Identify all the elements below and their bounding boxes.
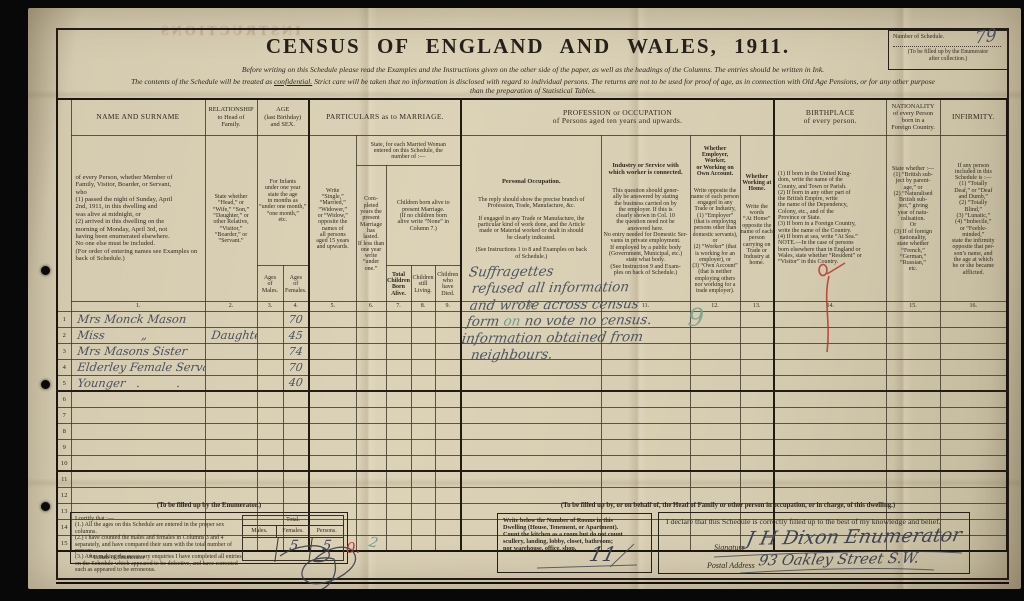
column-number: 15. [886,301,940,311]
column-number: 5. [309,301,356,311]
children-born-cell [386,487,411,503]
industry-cell [601,391,690,407]
relationship-cell [204,455,258,471]
infirmity-cell [940,375,1007,391]
nationality-cell [886,423,940,439]
home-cell [740,439,774,455]
relationship-cell [204,359,258,375]
totals-females-value: 5 [275,538,312,562]
name-cell [70,391,206,407]
nationality-cell [886,359,940,375]
relationship-cell: Daughter [204,327,258,343]
employer-cell [690,439,740,455]
home-cell [740,407,774,423]
relationship-cell [204,407,258,423]
totals-table: Total. Males. Females. Persons. 5 5 [242,515,344,561]
row-number-cell: 11 [57,471,71,487]
birthplace-cell [774,439,886,455]
infirmity-cell [940,343,1007,359]
relationship-cell [204,311,258,327]
home-cell [740,359,774,375]
infirmity-cell [940,391,1007,407]
marriage-cell [309,407,356,423]
table-row: 9 [57,439,1007,455]
children-living-cell [411,487,435,503]
row-number-cell: 2 [57,327,71,343]
birthplace-cell [774,375,886,391]
row-number-cell: 4 [57,359,71,375]
row-number-cell: 13 [57,503,71,519]
children-born-cell [386,471,411,487]
employer-cell [690,343,740,359]
children-died-cell [435,327,461,343]
occupation-cell [461,455,601,471]
nationality-cell [886,375,940,391]
col-relationship-title: RELATIONSHIP to Head of Family. [205,99,257,135]
totals-persons-value: 5 [309,538,345,562]
employer-cell [690,407,740,423]
table-row: 11 [57,471,1007,487]
occupation-cell [461,471,601,487]
years-married-cell [356,311,386,327]
birthplace-cell [774,327,886,343]
col-name-title: NAME AND SURNAME [71,99,205,135]
rooms-instructions: Write below the Number of Rooms in this … [498,514,651,555]
age-females-cell [282,455,310,471]
relationship-cell [204,423,258,439]
totals-heading: Total. [243,516,343,526]
employer-cell [690,423,740,439]
birthplace-cell [774,311,886,327]
row-number-cell: 7 [57,407,71,423]
personal-occupation-title: Personal Occupation. [462,178,601,185]
col-years-married: Com- pleted years the present Marriage h… [356,165,386,301]
home-cell [740,391,774,407]
children-died-cell [435,343,461,359]
relationship-cell [204,375,258,391]
col-birthplace-title: BIRTHPLACE of every person. [774,99,886,135]
row-number-cell: 9 [57,439,71,455]
marriage-cell [309,391,356,407]
children-born-cell [386,455,411,471]
age-females-cell: 40 [282,375,310,391]
children-living-cell [411,471,435,487]
col-children-born: Total Children Born Alive. [386,265,411,301]
children-born-cell [386,519,411,535]
signature-value: J H Dixon Enumerator [744,524,963,550]
children-living-cell [411,407,435,423]
row-number-cell: 15 [57,535,71,551]
home-cell [740,327,774,343]
age-males-cell [256,327,284,343]
children-died-cell [435,519,461,535]
column-number: 16. [940,301,1007,311]
years-married-cell [356,359,386,375]
table-row: 8 [57,423,1007,439]
employer-cell [690,455,740,471]
industry-cell [601,375,690,391]
age-females-cell [282,471,310,487]
col-infirmity-desc: If any person included in this Schedule … [940,135,1007,301]
birthplace-cell [774,343,886,359]
schedule-number-note: (To be filled up by the Enumerator after… [893,49,1003,62]
punch-hole [41,266,50,275]
declaration-box: I declare that this Schedule is correctl… [658,512,970,574]
years-married-cell [356,439,386,455]
personal-occupation-desc: The reply should show the precise branch… [462,195,601,260]
marriage-cell [309,359,356,375]
occupation-cell [461,423,601,439]
relationship-cell [204,439,258,455]
age-males-cell [256,359,284,375]
working-at-home-title: Whether Working at Home. [741,172,774,193]
age-males-cell [256,343,284,359]
row-number-column-head [57,99,71,311]
years-married-cell [356,487,386,503]
occupation-cell [461,439,601,455]
totals-persons-label: Persons. [310,526,343,537]
home-cell [740,311,774,327]
home-cell [740,471,774,487]
age-females-cell [282,439,310,455]
col-industry: Industry or Service with which worker is… [601,135,690,301]
employer-title: Whether Employer, Worker, or Working on … [691,144,740,177]
instruction-line-3: than the preparation of Statistical Tabl… [98,86,968,95]
col-nationality-desc: State whether :— (1) “British sub- ject … [886,135,940,301]
instruction-line-2: The contents of the Schedule will be tre… [98,77,968,86]
children-born-cell [386,423,411,439]
nationality-cell [886,439,940,455]
confidential-pre: The contents of the Schedule will be tre… [131,77,274,86]
birthplace-cell [774,423,886,439]
column-number: 13. [740,301,774,311]
nationality-cell [886,407,940,423]
industry-cell [601,423,690,439]
age-females-cell: 70 [282,359,310,375]
children-died-cell [435,423,461,439]
age-males-cell [256,423,284,439]
col-age-infants-note: For Infants under one year state the age… [257,135,309,265]
occupation-note-line: and wrote across census [469,296,640,314]
red-total-annotation: 0. [346,539,360,557]
industry-desc: This question should gener- ally be answ… [602,186,690,276]
nationality-cell [886,311,940,327]
col-ages-males: Ages of Males. [257,265,283,301]
employer-desc: Write opposite the name of each person e… [691,186,740,295]
nationality-cell [886,391,940,407]
row-number-cell: 12 [57,487,71,503]
col-infirmity-title: INFIRMITY. [940,99,1007,135]
infirmity-cell [940,327,1007,343]
years-married-cell [356,471,386,487]
children-living-cell [411,327,435,343]
years-married-cell [356,375,386,391]
name-cell: Mrs Masons Sister [70,343,206,359]
infirmity-cell [940,423,1007,439]
col-birthplace-desc: (1) If born in the United King- dom, wri… [774,135,886,301]
children-born-cell [386,311,411,327]
col-nationality-title: NATIONALITY of every Person born in a Fo… [886,99,940,135]
age-females-cell: 74 [282,343,310,359]
children-born-cell [386,359,411,375]
table-row: 5Younger . .40 [57,375,1007,391]
marriage-cell [309,439,356,455]
birthplace-cell [774,407,886,423]
col-employer: Whether Employer, Worker, or Working on … [690,135,740,301]
enumerator-box: I certify that :— (1.) All the ages on t… [70,512,348,564]
name-cell: Younger . . [70,375,206,391]
years-married-cell [356,503,386,519]
children-born-cell [386,391,411,407]
children-born-cell [386,327,411,343]
children-died-cell [435,311,461,327]
name-cell: Elderley Female Servant [70,359,206,375]
table-row: 10 [57,455,1007,471]
infirmity-cell [940,455,1007,471]
enumerator-section-heading: (To be filled up by the Enumerator.) [70,502,348,509]
children-born-cell [386,535,411,551]
age-females-cell: 70 [282,311,310,327]
rooms-box: Write below the Number of Rooms in this … [497,513,652,573]
children-living-cell [411,375,435,391]
col-name-desc: of every Person, whether Member of Famil… [71,135,205,301]
name-cell [70,407,206,423]
row-number-cell: 14 [57,519,71,535]
working-at-home-desc: Write the words “At Home” opposite the n… [741,202,774,267]
age-females-cell [282,391,310,407]
name-cell [70,455,206,471]
name-cell: Miss „ [70,327,206,343]
years-married-cell [356,327,386,343]
industry-cell [601,439,690,455]
children-living-cell [411,503,435,519]
occupation-note-post: no vote no census. [519,312,653,329]
row-number-cell: 1 [57,311,71,327]
children-born-cell [386,439,411,455]
column-number: 7. [386,301,411,311]
birthplace-cell [774,391,886,407]
age-males-cell [256,439,284,455]
infirmity-cell [940,407,1007,423]
birthplace-cell [774,471,886,487]
infirmity-cell [940,471,1007,487]
occupation-cell [461,391,601,407]
nationality-cell [886,343,940,359]
confidential-word: confidential. [274,77,312,86]
form-title: CENSUS OF ENGLAND AND WALES, 1911. [148,34,908,59]
marriage-cell [309,455,356,471]
infirmity-cell [940,311,1007,327]
totals-males-label: Males. [243,526,277,537]
name-cell [70,471,206,487]
marriage-cell [309,423,356,439]
census-form-paper: INSTRUCTIONS CENSUS OF ENGLAND AND WALES… [28,8,1021,589]
employer-cell [690,359,740,375]
column-number: 8. [411,301,435,311]
age-males-cell [256,391,284,407]
home-cell [740,423,774,439]
children-died-cell [435,487,461,503]
column-number: 1. [71,301,205,311]
children-died-cell [435,407,461,423]
col-age-title: AGE (last Birthday) and SEX. [257,99,309,135]
marriage-cell [309,311,356,327]
marriage-cell [309,343,356,359]
column-number: 2. [205,301,257,311]
industry-cell [601,471,690,487]
name-cell: Mrs Monck Mason [70,311,206,327]
head-of-family-section-heading: (To be filled up by, or on behalf of, th… [468,502,988,509]
occupation-note-line: information obtained from [461,329,645,347]
children-died-cell [435,535,461,551]
col-relationship-desc: State whether “Head,” or “Wife,” “Son,” … [205,135,257,301]
years-married-cell [356,519,386,535]
years-married-cell [356,391,386,407]
age-females-cell [282,407,310,423]
nationality-cell [886,471,940,487]
children-living-cell [411,455,435,471]
col-children-died: Children who have Died. [435,265,461,301]
signature-label: Signature [714,543,745,552]
col-children-note: Children born alive to present Marriage.… [386,165,461,265]
marriage-cell [309,375,356,391]
children-born-cell [386,503,411,519]
children-died-cell [435,439,461,455]
occupation-note-line: form on no vote no census. [466,312,653,330]
children-living-cell [411,439,435,455]
age-females-cell [282,423,310,439]
occupation-note-line: refused all information [471,279,631,297]
relationship-cell [204,343,258,359]
col-working-at-home: Whether Working at Home. Write the words… [740,135,774,301]
column-number: 9. [435,301,461,311]
relationship-cell [204,391,258,407]
age-males-cell [256,375,284,391]
postal-address-value: 93 Oakley Street S.W. [757,551,920,570]
table-row: 7 [57,407,1007,423]
occupation-note-pre: form [466,314,505,330]
row-number-cell: 5 [57,375,71,391]
children-died-cell [435,503,461,519]
col-ages-females: Ages of Females. [283,265,309,301]
children-living-cell [411,343,435,359]
punch-hole [41,502,50,511]
green-pencil-mark: 9 [687,302,705,332]
children-died-cell [435,359,461,375]
row-number-cell: 3 [57,343,71,359]
column-number: 14. [774,301,886,311]
children-died-cell [435,471,461,487]
enumerator-certification: I certify that :— (1.) All the ages on t… [75,516,247,574]
years-married-cell [356,455,386,471]
home-cell [740,343,774,359]
nationality-cell [886,455,940,471]
children-living-cell [411,359,435,375]
name-cell [70,423,206,439]
col-profession-title: PROFESSION or OCCUPATION of Persons aged… [461,99,774,135]
occupation-note-line: Suffragettes [468,264,555,281]
occupation-cell [461,375,601,391]
column-number: 3. [257,301,283,311]
column-number: 6. [356,301,386,311]
col-marriage-title: PARTICULARS as to MARRIAGE. [309,99,461,135]
totals-males-value [241,538,278,562]
children-born-cell [386,407,411,423]
table-row: 6 [57,391,1007,407]
rooms-value: 11 [587,542,618,566]
instruction-line-1: Before writing on this Schedule please r… [98,65,968,74]
children-living-cell [411,311,435,327]
years-married-cell [356,407,386,423]
children-living-cell [411,423,435,439]
industry-cell [601,343,690,359]
children-living-cell [411,535,435,551]
infirmity-cell [940,359,1007,375]
marriage-cell [309,327,356,343]
col-children-living: Children still Living. [411,265,435,301]
industry-cell [601,407,690,423]
postal-address-label: Postal Address [707,561,755,570]
years-married-cell [356,343,386,359]
children-died-cell [435,391,461,407]
schedule-number-box: Number of Schedule. (To be filled up by … [888,30,1008,70]
industry-title: Industry or Service with which worker is… [602,162,690,176]
col-marriage-single-desc: Write “Single,” “Married,” “Widower,” or… [309,135,356,301]
children-living-cell [411,391,435,407]
name-cell [70,439,206,455]
age-males-cell [256,471,284,487]
schedule-number-value: 79 [975,25,996,48]
column-number: 4. [283,301,309,311]
home-cell [740,455,774,471]
age-males-cell [256,455,284,471]
age-males-cell [256,407,284,423]
children-living-cell [411,519,435,535]
row-number-cell: 8 [57,423,71,439]
industry-cell [601,359,690,375]
infirmity-cell [940,439,1007,455]
occupation-cell [461,407,601,423]
birthplace-cell [774,359,886,375]
age-males-cell [256,311,284,327]
row-number-cell: 10 [57,455,71,471]
col-marriage-married-woman-note: State, for each Married Woman entered on… [356,135,461,165]
children-born-cell [386,343,411,359]
punch-hole [41,380,50,389]
row-number-cell: 6 [57,391,71,407]
marriage-cell [309,471,356,487]
children-born-cell [386,375,411,391]
home-cell [740,375,774,391]
children-died-cell [435,375,461,391]
occupation-note-line: neighbours. [470,347,554,364]
children-died-cell [435,455,461,471]
age-females-cell: 45 [282,327,310,343]
relationship-cell [204,471,258,487]
totals-females-label: Females. [277,526,311,537]
confidential-post: Strict care will be taken that no inform… [312,77,935,86]
birthplace-cell [774,455,886,471]
scan-background: INSTRUCTIONS CENSUS OF ENGLAND AND WALES… [0,0,1024,601]
nationality-cell [886,327,940,343]
bottom-rule [56,582,1009,584]
employer-cell [690,375,740,391]
employer-cell [690,391,740,407]
years-married-cell [356,423,386,439]
employer-cell [690,471,740,487]
industry-cell [601,455,690,471]
